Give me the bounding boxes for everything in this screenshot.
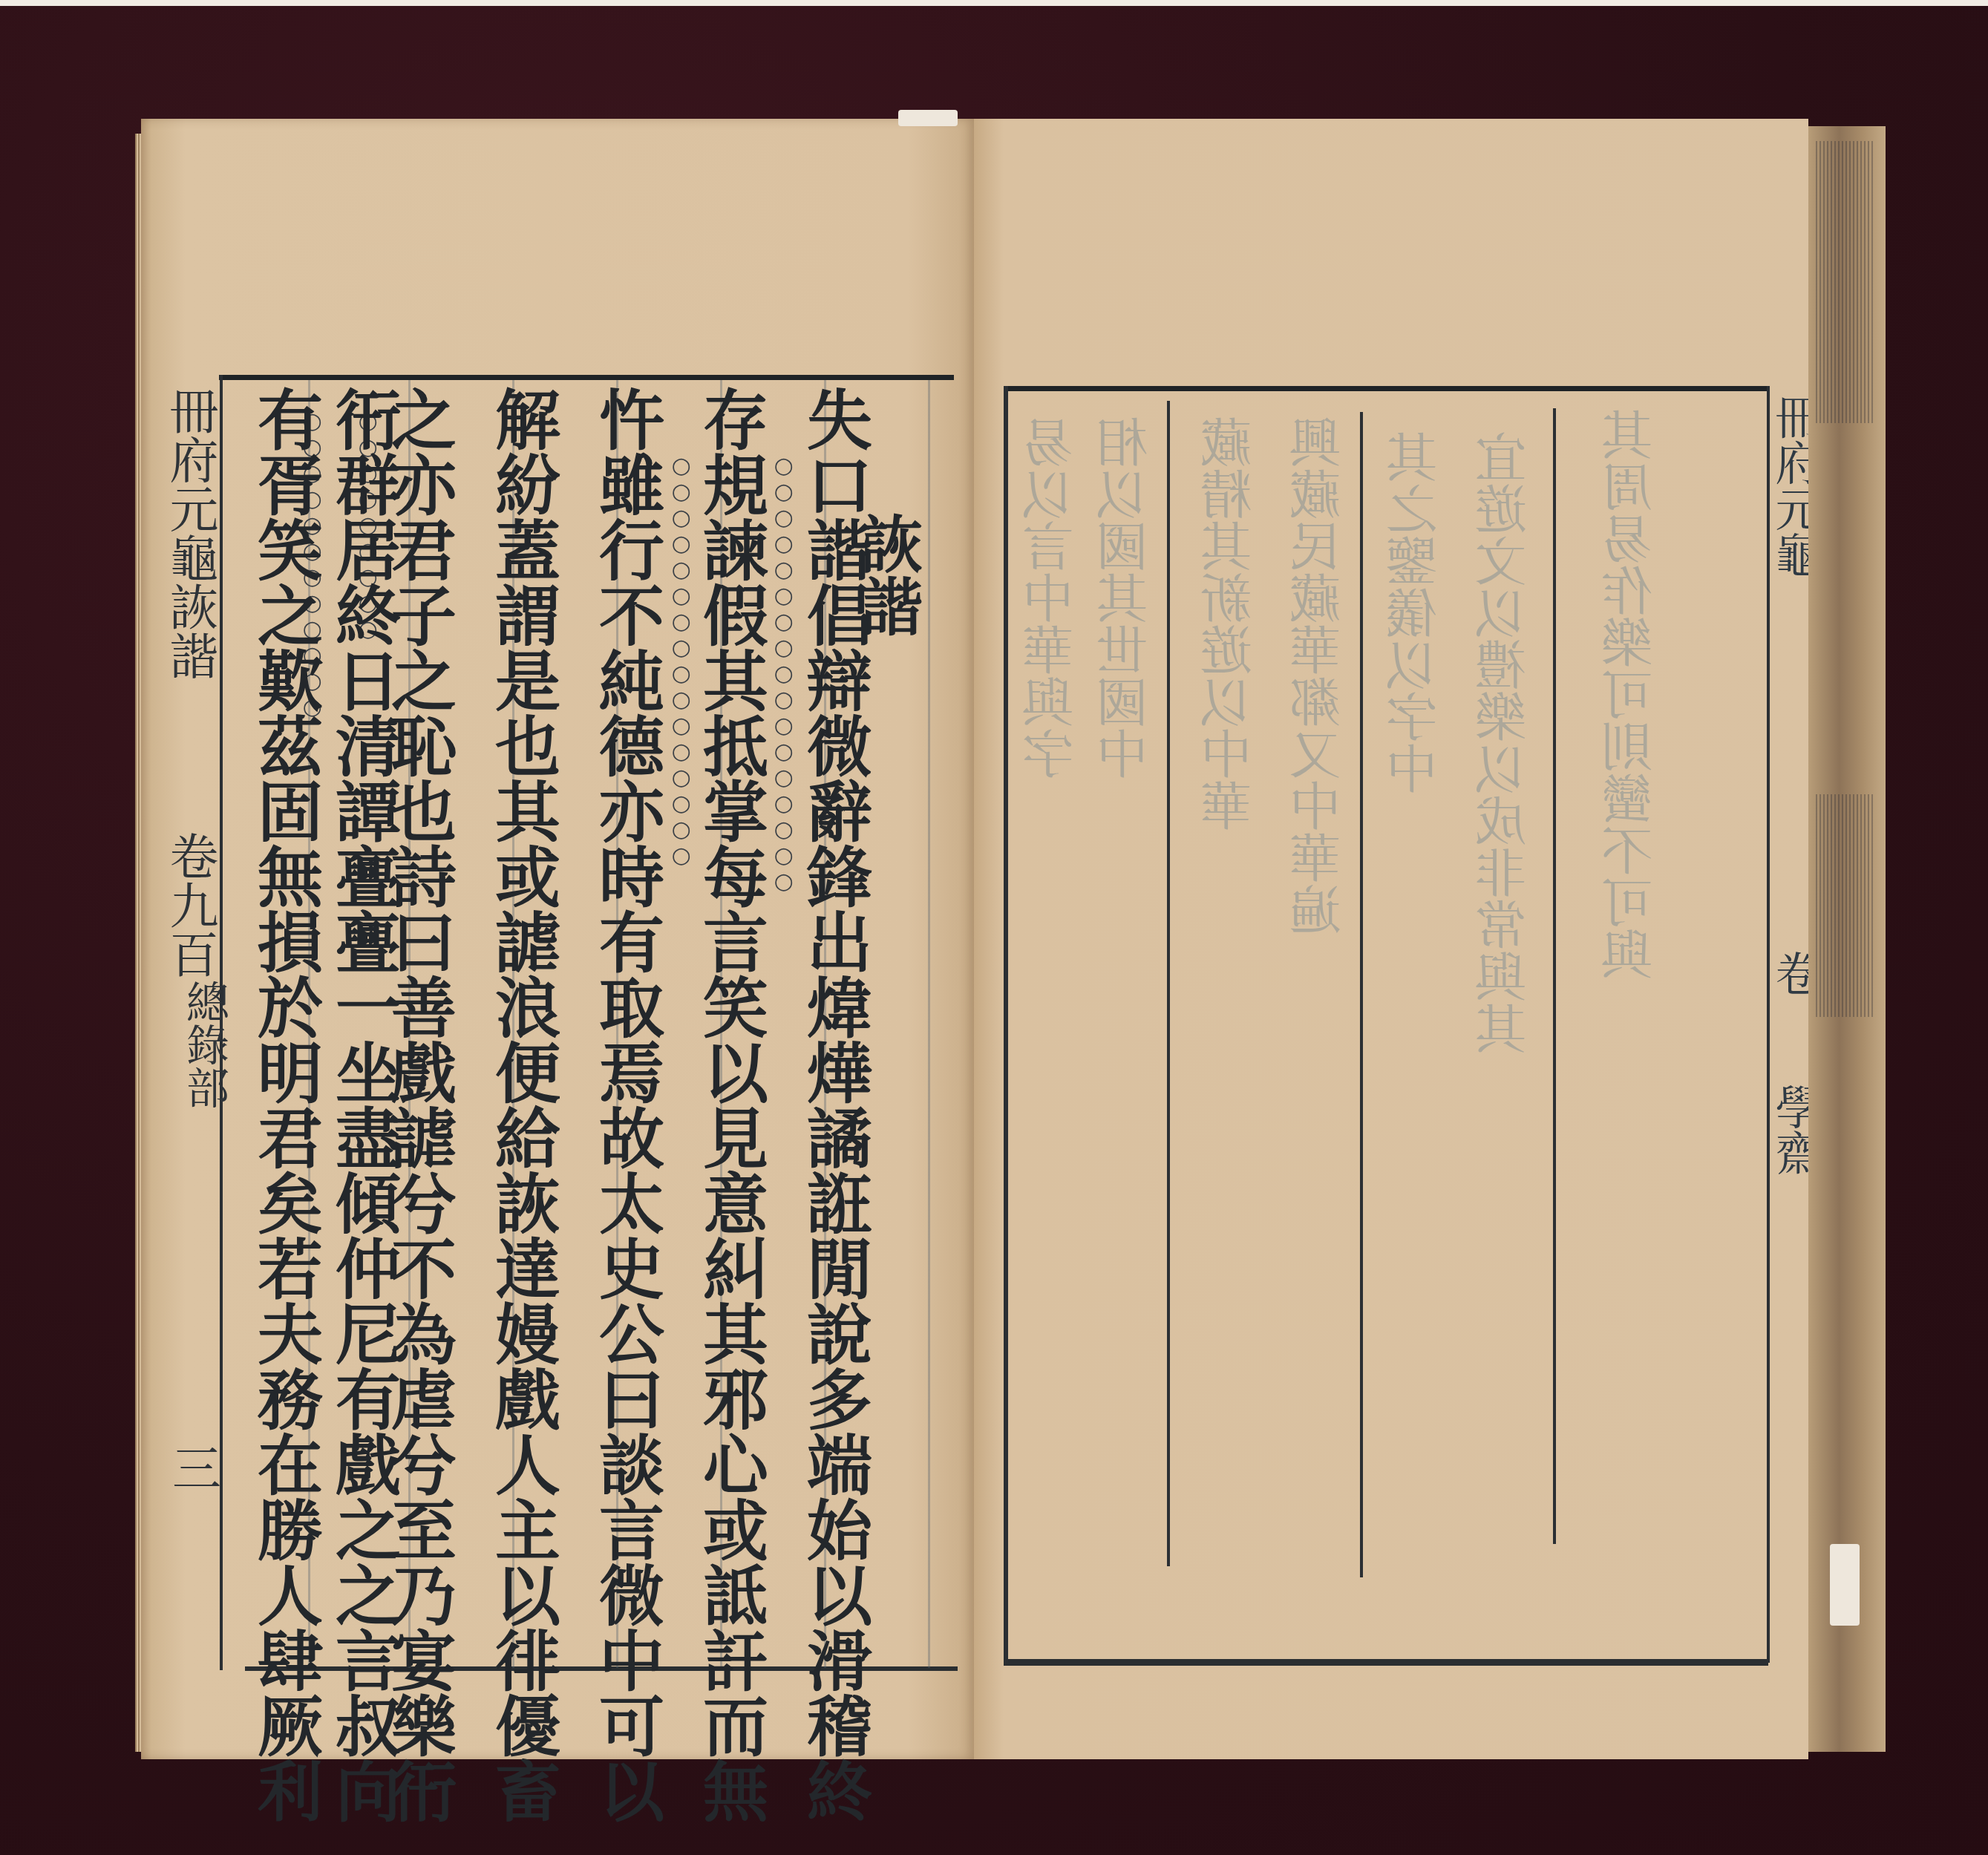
frame-top-rule bbox=[219, 375, 954, 380]
bleed-text: 其之鑒儀以字中 bbox=[1376, 431, 1456, 794]
bleed-text: 易以言中華與字 bbox=[1012, 416, 1092, 779]
volume-label: 卷九百 bbox=[160, 831, 219, 978]
margin-section: 總錄部 bbox=[171, 980, 238, 1109]
paper-tab bbox=[1830, 1544, 1860, 1626]
scan-border bbox=[0, 0, 1988, 6]
page-number: 三 bbox=[172, 1440, 221, 1499]
bleed-text: 藏精其新遊以中華 bbox=[1190, 416, 1270, 831]
bleed-through-column: 其周易作樂可則蠻不可與 bbox=[1590, 408, 1672, 980]
open-book: 冊府元龜詼諧 卷九百 總錄部 三 詼諧 失口諧倡辯微辭鋒出煒燁譎誑閒說多端始以滑… bbox=[141, 119, 1886, 1759]
right-page: 其周易作樂可則蠻不可與 宜遊文以禮樂以成非常與其 其之鑒儀以字中 興藏民藏華鄰又… bbox=[974, 119, 1808, 1759]
edge-ink-speckle bbox=[1816, 794, 1875, 1017]
bleed-text: 相以國其世國中 bbox=[1086, 416, 1166, 779]
bleed-through-column: 其之鑒儀以字中 bbox=[1375, 431, 1456, 794]
bleed-text: 其周易作樂可則蠻不可與 bbox=[1591, 408, 1671, 980]
book-title: 冊府元龜詼諧 bbox=[160, 386, 219, 680]
punctuation-marks: ○○○○○○○○○○○○○○○○ bbox=[670, 386, 692, 868]
frame-right-rule bbox=[1767, 386, 1770, 1663]
edge-ink-speckle bbox=[1816, 141, 1875, 423]
text-column-4: 解紛蓋謂是也其或謔浪便給詼達嫚戲人主以徘優畜 bbox=[479, 386, 568, 1823]
column-rule bbox=[1360, 412, 1363, 1577]
frame-top-rule bbox=[1004, 386, 1768, 391]
page-edge-stack bbox=[1808, 126, 1886, 1752]
bleed-text: 興藏民藏華鄰又中華遍 bbox=[1279, 416, 1359, 935]
bleed-text: 宜遊文以禮樂以成非常與其 bbox=[1465, 431, 1545, 1054]
column-text: 有胥笑之歎茲固無損於明君矣若夫務在勝人肆厥利 bbox=[247, 386, 324, 1823]
margin-volume: 卷九百 bbox=[156, 831, 223, 978]
frame-bottom-rule bbox=[1004, 1659, 1768, 1666]
bleed-through-column: 宜遊文以禮樂以成非常與其 bbox=[1464, 431, 1546, 1054]
column-text: 解紛蓋謂是也其或謔浪便給詼達嫚戲人主以徘優畜 bbox=[485, 386, 562, 1823]
margin-title: 冊府元龜詼諧 bbox=[156, 386, 223, 680]
bleed-through-column: 興藏民藏華鄰又中華遍 bbox=[1278, 416, 1360, 935]
bleed-through-column: 易以言中華與字 bbox=[1011, 416, 1093, 779]
column-rule bbox=[928, 380, 930, 1668]
bleed-through-column: 藏精其新遊以中華 bbox=[1189, 416, 1271, 831]
left-page: 冊府元龜詼諧 卷九百 總錄部 三 詼諧 失口諧倡辯微辭鋒出煒燁譎誑閒說多端始以滑… bbox=[141, 119, 974, 1759]
column-rule bbox=[1167, 401, 1170, 1566]
column-rule bbox=[1553, 408, 1556, 1544]
bleed-through-column: 相以國其世國中 bbox=[1085, 416, 1167, 779]
frame-left-rule bbox=[1004, 386, 1008, 1663]
binding-thread bbox=[898, 110, 958, 126]
column-text: 忤雖行不純德亦時有取焉故太史公曰談言微中可以 bbox=[589, 386, 666, 1823]
text-column-7: 有胥笑之歎茲固無損於明君矣若夫務在勝人肆厥利 bbox=[241, 386, 330, 1823]
text-column-3: 忤雖行不純德亦時有取焉故太史公曰談言微中可以 bbox=[583, 386, 672, 1823]
margin-page-number: 三 bbox=[163, 1440, 230, 1499]
section-label: 總錄部 bbox=[174, 980, 234, 1109]
